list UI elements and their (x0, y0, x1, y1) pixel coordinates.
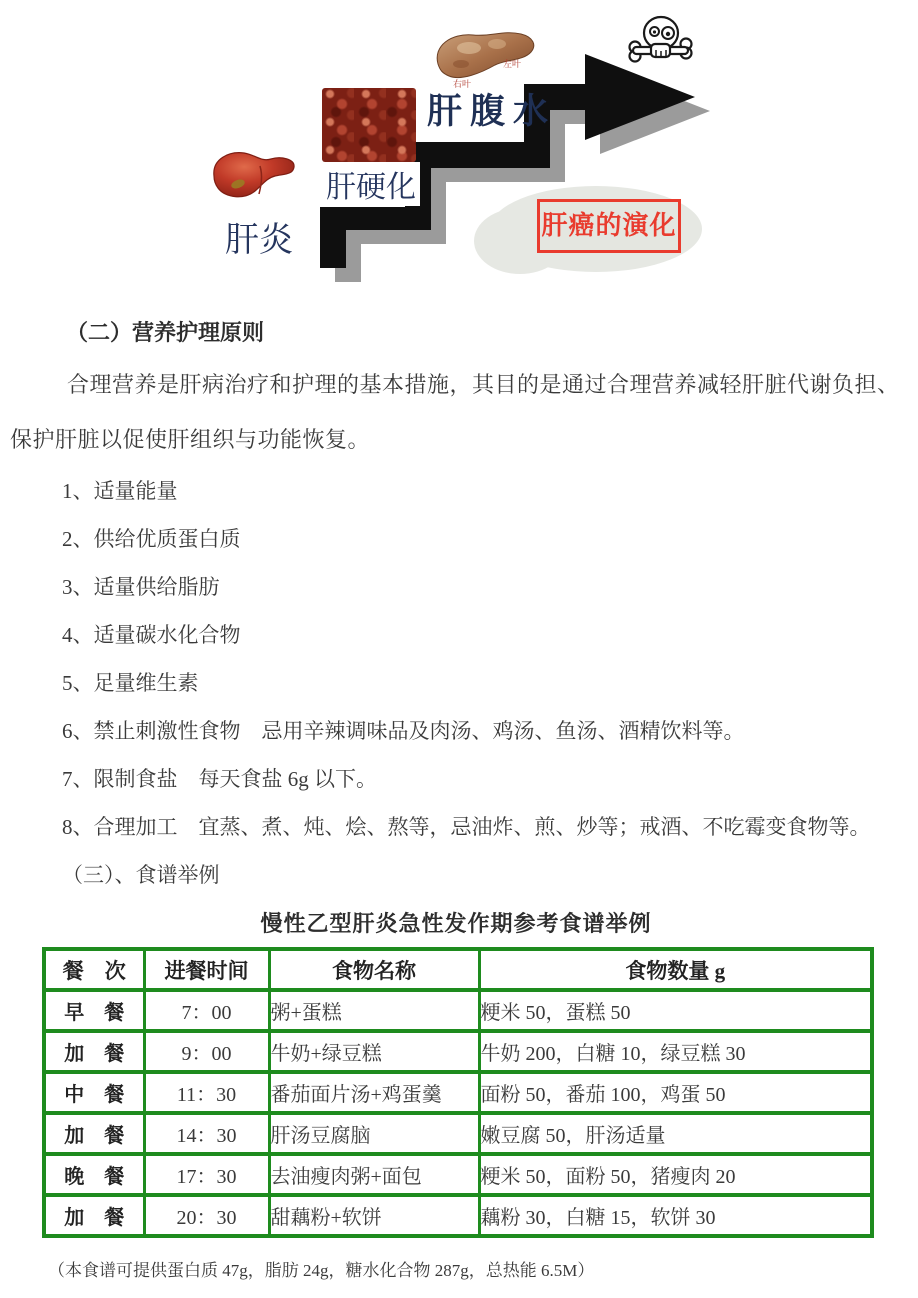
cell-food: 番茄面片汤+鸡蛋羹 (269, 1072, 479, 1113)
cell-time: 20：30 (144, 1195, 269, 1236)
cell-time: 11：30 (144, 1072, 269, 1113)
cell-meal: 中 餐 (44, 1072, 144, 1113)
principle-item: 2、供给优质蛋白质 (62, 515, 918, 563)
cell-food: 粥+蛋糕 (269, 990, 479, 1031)
principle-item: 3、适量供给脂肪 (62, 563, 918, 611)
header-cell-amount: 食物数量 g (479, 949, 872, 990)
table-row: 中 餐 11：30 番茄面片汤+鸡蛋羹 面粉 50，番茄 100，鸡蛋 50 (44, 1072, 872, 1113)
cell-time: 9：00 (144, 1031, 269, 1072)
principle-item: 1、适量能量 (62, 467, 918, 515)
intro-paragraph: 合理营养是肝病治疗和护理的基本措施，其目的是通过合理营养减轻肝脏代谢负担、保护肝… (10, 357, 906, 467)
principle-item: 6、禁止刺激性食物 忌用辛辣调味品及肉汤、鸡汤、鱼汤、酒精饮料等。 (62, 707, 918, 755)
cell-food: 去油瘦肉粥+面包 (269, 1154, 479, 1195)
hepatitis-liver-image (205, 146, 300, 208)
principle-item: 5、足量维生素 (62, 659, 918, 707)
table-title: 慢性乙型肝炎急性发作期参考食谱举例 (42, 909, 870, 939)
cell-time: 17：30 (144, 1154, 269, 1195)
cell-food: 肝汤豆腐脑 (269, 1113, 479, 1154)
cell-time: 7：00 (144, 990, 269, 1031)
liver-disease-progression-figure: 左叶 右叶 肝炎 肝硬化 肝腹水 肝癌的演化 (185, 10, 715, 286)
cell-meal: 加 餐 (44, 1031, 144, 1072)
cancer-evolution-caption-text: 肝癌的演化 (541, 211, 676, 240)
cell-amount: 面粉 50，番茄 100，鸡蛋 50 (479, 1072, 872, 1113)
stage-label-ascites: 肝腹水 (427, 84, 556, 134)
header-cell-meal: 餐 次 (44, 949, 144, 990)
left-lobe-annotation: 左叶 (503, 60, 521, 69)
cell-time: 14：30 (144, 1113, 269, 1154)
table-row: 加 餐 20：30 甜藕粉+软饼 藕粉 30，白糖 15，软饼 30 (44, 1195, 872, 1236)
cell-amount: 粳米 50，蛋糕 50 (479, 990, 872, 1031)
diet-table: 餐 次 进餐时间 食物名称 食物数量 g 早 餐 7：00 粥+蛋糕 粳米 50… (42, 947, 874, 1238)
principles-list: 1、适量能量 2、供给优质蛋白质 3、适量供给脂肪 4、适量碳水化合物 5、足量… (0, 467, 918, 851)
cell-amount: 嫩豆腐 50，肝汤适量 (479, 1113, 872, 1154)
cell-amount: 牛奶 200，白糖 10，绿豆糕 30 (479, 1031, 872, 1072)
principle-item: 7、限制食盐 每天食盐 6g 以下。 (62, 755, 918, 803)
cell-meal: 加 餐 (44, 1113, 144, 1154)
table-footnote: （本食谱可提供蛋白质 47g，脂肪 24g，糖水化合物 287g，总热能 6.5… (48, 1256, 918, 1281)
table-row: 加 餐 14：30 肝汤豆腐脑 嫩豆腐 50，肝汤适量 (44, 1113, 872, 1154)
header-cell-time: 进餐时间 (144, 949, 269, 990)
stage-label-cirrhosis: 肝硬化 (322, 162, 420, 206)
cell-meal: 晚 餐 (44, 1154, 144, 1195)
document-page: { "figure": { "stages": [ {"label": "肝炎"… (0, 0, 918, 1298)
table-row: 加 餐 9：00 牛奶+绿豆糕 牛奶 200，白糖 10，绿豆糕 30 (44, 1031, 872, 1072)
cell-amount: 藕粉 30，白糖 15，软饼 30 (479, 1195, 872, 1236)
cell-meal: 早 餐 (44, 990, 144, 1031)
cell-food: 牛奶+绿豆糕 (269, 1031, 479, 1072)
cell-food: 甜藕粉+软饼 (269, 1195, 479, 1236)
cell-amount: 粳米 50，面粉 50，猪瘦肉 20 (479, 1154, 872, 1195)
principle-item: 8、合理加工 宜蒸、煮、炖、烩、熬等，忌油炸、煎、炒等；戒酒、不吃霉变食物等。 (62, 803, 918, 851)
cirrhosis-liver-image (322, 88, 416, 162)
skull-icon (623, 14, 697, 72)
stage-label-hepatitis: 肝炎 (225, 212, 293, 261)
cancer-evolution-caption: 肝癌的演化 (537, 199, 681, 253)
header-cell-food: 食物名称 (269, 949, 479, 990)
table-row: 晚 餐 17：30 去油瘦肉粥+面包 粳米 50，面粉 50，猪瘦肉 20 (44, 1154, 872, 1195)
table-row: 早 餐 7：00 粥+蛋糕 粳米 50，蛋糕 50 (44, 990, 872, 1031)
table-header-row: 餐 次 进餐时间 食物名称 食物数量 g (44, 949, 872, 990)
section-heading-nutrition-principles: （二）营养护理原则 (66, 316, 918, 347)
principle-item: 4、适量碳水化合物 (62, 611, 918, 659)
cell-meal: 加 餐 (44, 1195, 144, 1236)
section-heading-recipe-examples: （三）、食谱举例 (62, 851, 918, 899)
